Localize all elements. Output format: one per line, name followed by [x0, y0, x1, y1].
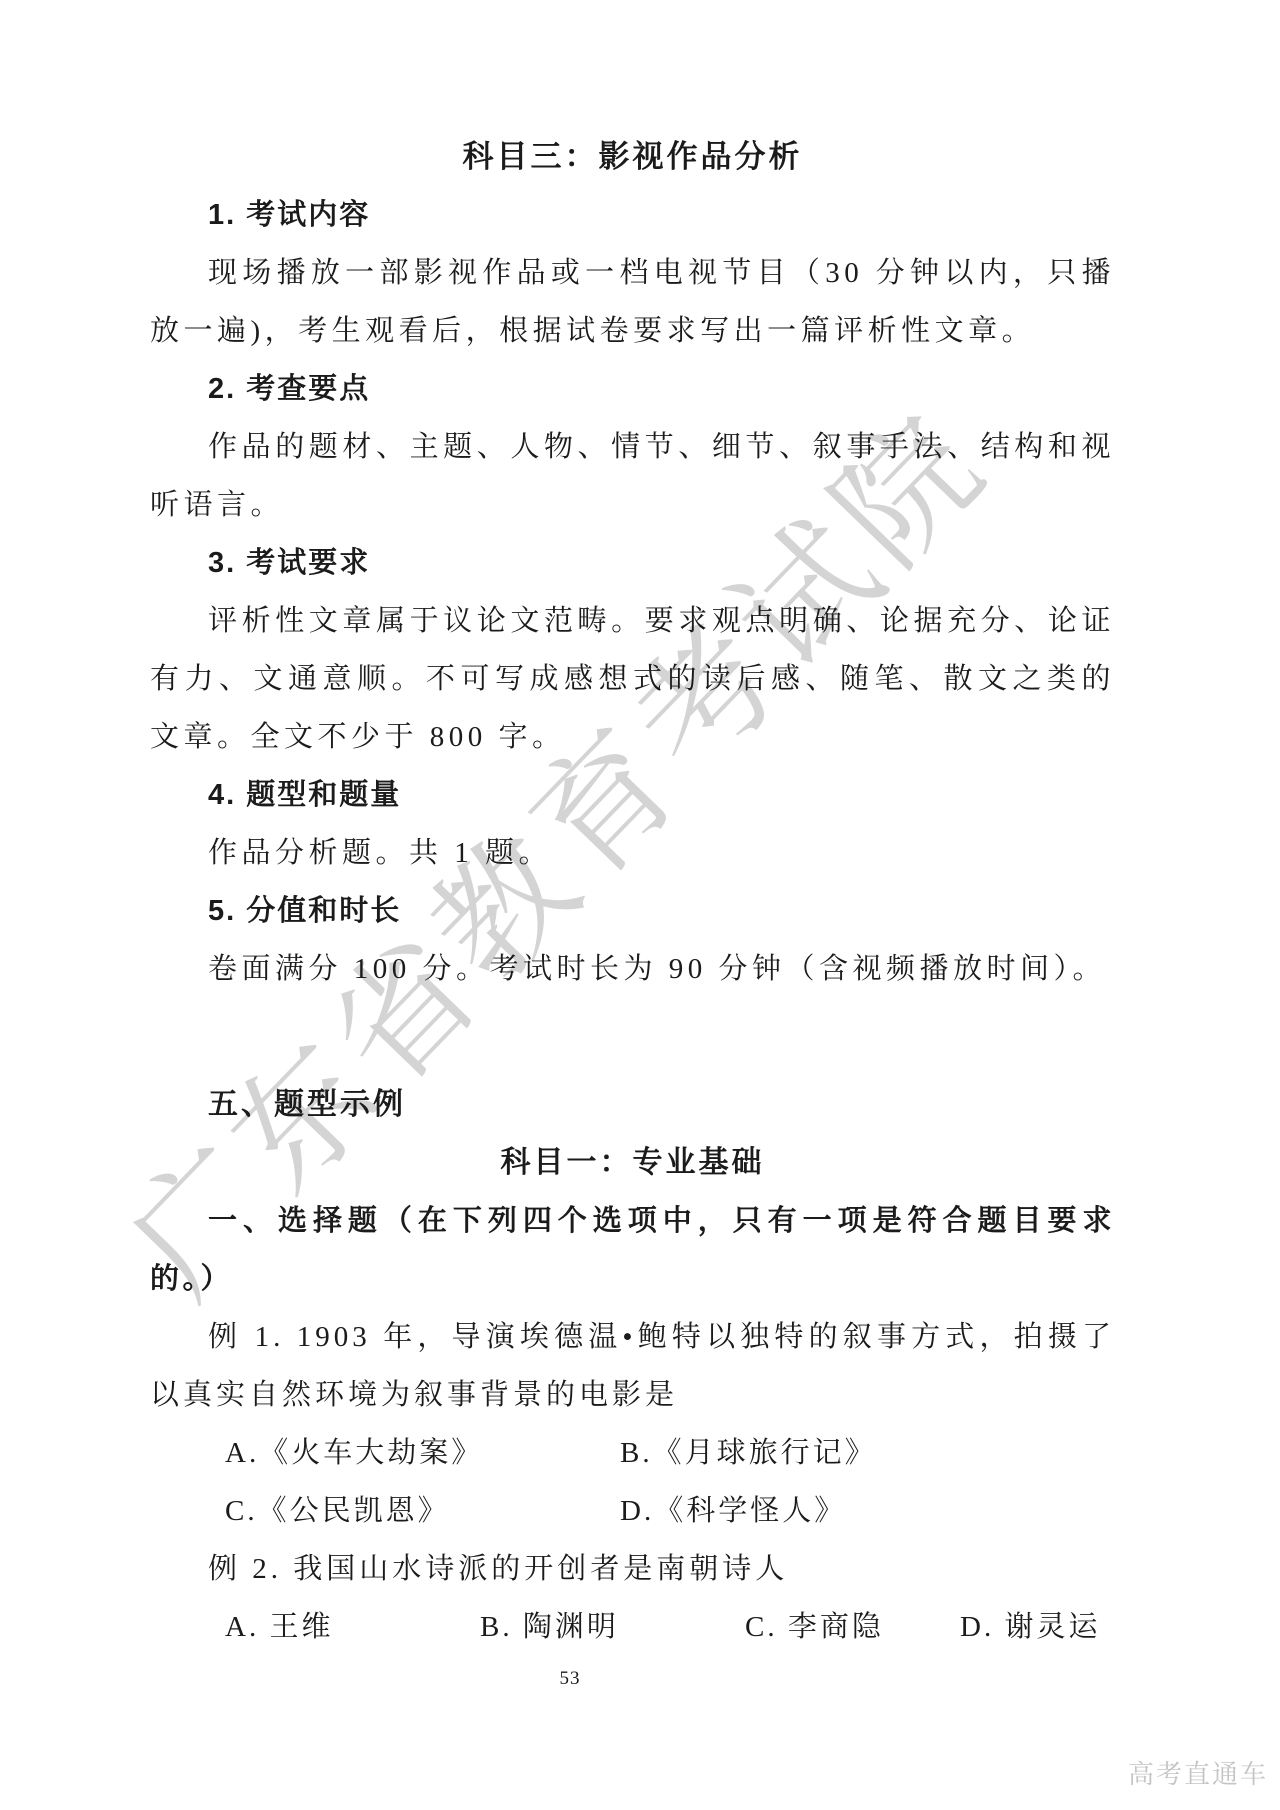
example1-options-row-1: A.《火车大劫案》 B.《月球旅行记》	[150, 1424, 1115, 1482]
section-2-paragraph: 作品的题材、主题、人物、情节、细节、叙事手法、结构和视听语言。	[150, 418, 1115, 534]
brand-watermark: 高考直通车	[1128, 1754, 1268, 1791]
section-3-heading: 3. 考试要求	[150, 534, 1115, 592]
section-1-paragraph: 现场播放一部影视作品或一档电视节目（30 分钟以内，只播放一遍)，考生观看后，根…	[150, 244, 1115, 360]
section-4-paragraph: 作品分析题。共 1 题。	[150, 824, 1115, 882]
example2-option-d: D. 谢灵运	[960, 1598, 1100, 1656]
example2-options-row: A. 王维 B. 陶渊明 C. 李商隐 D. 谢灵运	[150, 1598, 1115, 1656]
example1-stem: 例 1. 1903 年，导演埃德温•鲍特以独特的叙事方式，拍摄了以真实自然环境为…	[150, 1308, 1115, 1424]
section-5-paragraph: 卷面满分 100 分。考试时长为 90 分钟（含视频播放时间）。	[150, 940, 1115, 998]
section-1-heading: 1. 考试内容	[150, 186, 1115, 244]
example1-option-b: B.《月球旅行记》	[620, 1424, 877, 1482]
example1-option-d: D.《科学怪人》	[620, 1482, 846, 1540]
example1-option-a: A.《火车大劫案》	[225, 1424, 483, 1482]
type-examples-heading: 五、题型示例	[150, 1076, 1115, 1134]
example2-option-a: A. 王维	[225, 1598, 333, 1656]
section-4-heading: 4. 题型和题量	[150, 766, 1115, 824]
page-content: 科目三：影视作品分析 1. 考试内容 现场播放一部影视作品或一档电视节目（30 …	[150, 128, 1115, 1656]
document-page: 广东省教育考试院 科目三：影视作品分析 1. 考试内容 现场播放一部影视作品或一…	[0, 0, 1280, 1810]
example2-option-c: C. 李商隐	[745, 1598, 884, 1656]
section-2-heading: 2. 考查要点	[150, 360, 1115, 418]
section-3-paragraph: 评析性文章属于议论文范畴。要求观点明确、论据充分、论证有力、文通意顺。不可写成感…	[150, 592, 1115, 766]
subject3-title: 科目三：影视作品分析	[150, 128, 1115, 186]
example1-options-row-2: C.《公民凯恩》 D.《科学怪人》	[150, 1482, 1115, 1540]
example2-stem: 例 2. 我国山水诗派的开创者是南朝诗人	[150, 1540, 1115, 1598]
page-number: 53	[150, 1668, 990, 1690]
subject1-title: 科目一：专业基础	[150, 1134, 1115, 1192]
example1-option-c: C.《公民凯恩》	[225, 1482, 450, 1540]
multiple-choice-intro: 一、选择题（在下列四个选项中，只有一项是符合题目要求的。）	[150, 1192, 1115, 1308]
section-5-heading: 5. 分值和时长	[150, 882, 1115, 940]
example2-option-b: B. 陶渊明	[480, 1598, 619, 1656]
